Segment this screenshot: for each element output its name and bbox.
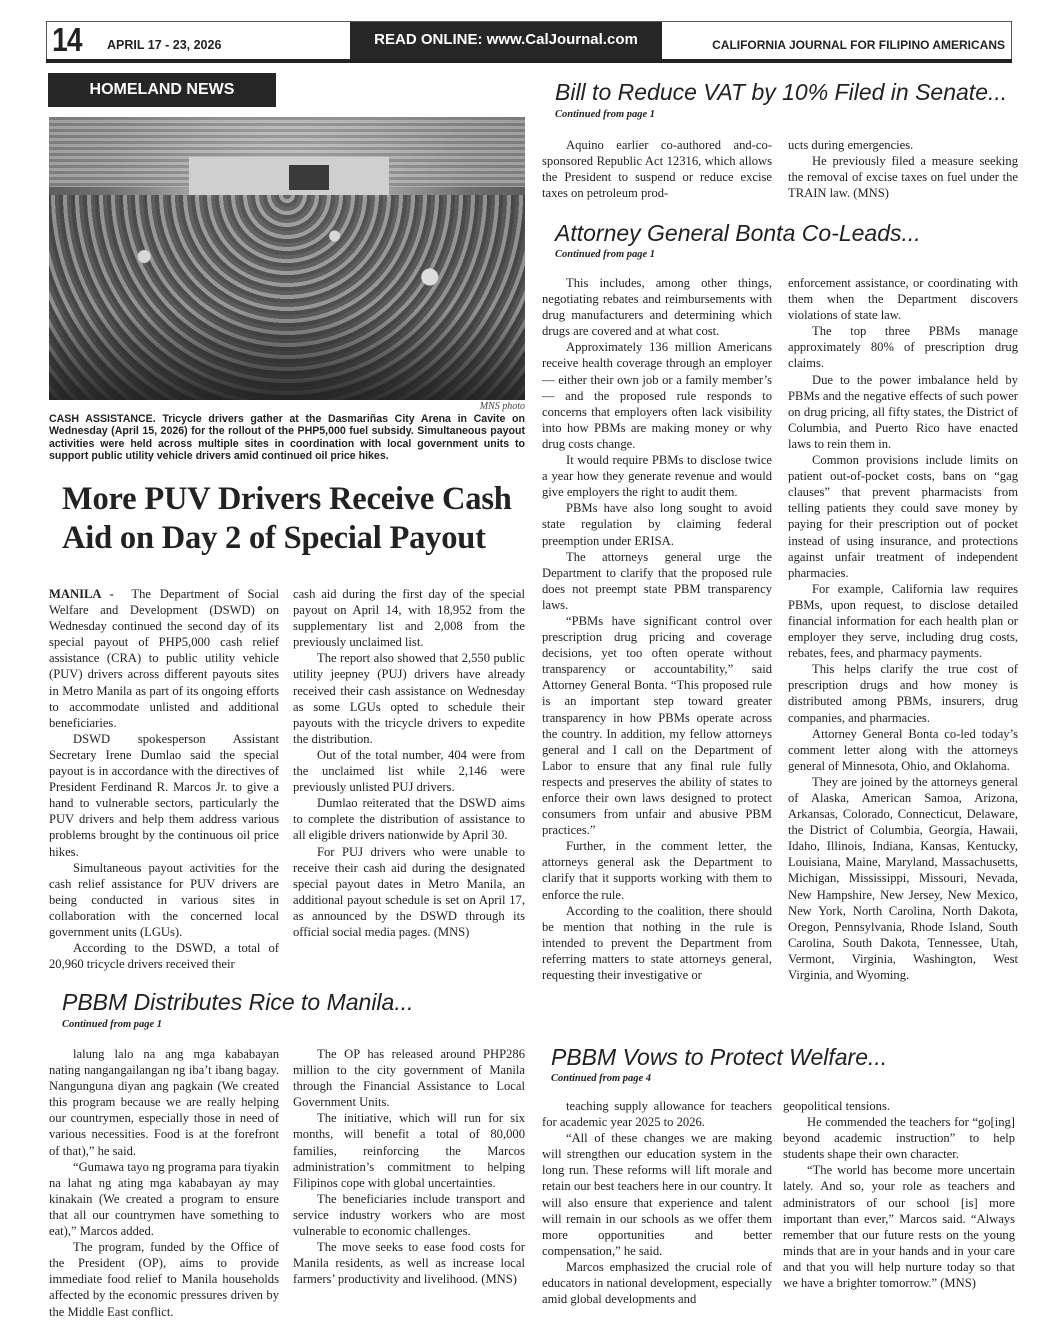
welfare-story-para: He commended the teachers for “go[ing] b…	[783, 1114, 1015, 1162]
welfare-story-col2: geopolitical tensions. He commended the …	[783, 1098, 1015, 1291]
main-story-col2: cash aid during the first day of the spe…	[293, 586, 525, 940]
masthead-divider	[46, 59, 1012, 63]
vat-story-headline[interactable]: Bill to Reduce VAT by 10% Filed in Senat…	[555, 79, 1007, 105]
bonta-story-para: For example, California law requires PBM…	[788, 581, 1018, 661]
welfare-story-para: Marcos emphasized the crucial role of ed…	[542, 1259, 772, 1307]
photo-credit: MNS photo	[49, 401, 525, 412]
welfare-story-continued: Continued from page 4	[551, 1073, 651, 1084]
main-story-para: Out of the total number, 404 were from t…	[293, 747, 525, 795]
rice-story-para: The initiative, which will run for six m…	[293, 1110, 525, 1190]
page-number: 14	[47, 22, 81, 59]
vat-story-col2: ucts during emergencies. He previously f…	[788, 137, 1018, 201]
vat-story-para: ucts during emergencies.	[788, 137, 1018, 153]
main-headline: More PUV Drivers Receive Cash Aid on Day…	[62, 480, 532, 557]
bonta-story-para: PBMs have also long sought to avoid stat…	[542, 500, 772, 548]
main-story-para: MANILA - The Department of Social Welfar…	[49, 586, 279, 731]
bonta-story-col2: enforcement assistance, or coordinating …	[788, 275, 1018, 983]
main-story-para: Simultaneous payout activities for the c…	[49, 860, 279, 940]
vat-story-continued: Continued from page 1	[555, 109, 655, 120]
bonta-story-para: This helps clarify the true cost of pres…	[788, 661, 1018, 725]
bonta-story-para: enforcement assistance, or coordinating …	[788, 275, 1018, 323]
bonta-story-para: It would require PBMs to disclose twice …	[542, 452, 772, 500]
section-label: HOMELAND NEWS	[48, 73, 276, 107]
rice-story-para: lalung lalo na ang mga kababayan nating …	[49, 1046, 279, 1159]
news-photo-crowd	[49, 117, 525, 400]
vat-story-col1: Aquino earlier co-authored and-co-sponso…	[542, 137, 772, 201]
bonta-story-para: Further, in the comment letter, the atto…	[542, 838, 772, 902]
photo-arena-screen	[289, 165, 329, 190]
read-online-link[interactable]: READ ONLINE: www.CalJournal.com	[350, 22, 662, 59]
main-story-para: cash aid during the first day of the spe…	[293, 586, 525, 650]
main-story-para: According to the DSWD, a total of 20,960…	[49, 940, 279, 972]
welfare-story-col1: teaching supply allowance for teachers f…	[542, 1098, 772, 1307]
rice-story-col2: The OP has released around PHP286 millio…	[293, 1046, 525, 1287]
rice-story-para: “Gumawa tayo ng programa para tiyakin na…	[49, 1159, 279, 1239]
bonta-story-para: They are joined by the attorneys general…	[788, 774, 1018, 983]
bonta-story-headline[interactable]: Attorney General Bonta Co-Leads...	[555, 220, 921, 246]
main-story-para: The report also showed that 2,550 public…	[293, 650, 525, 747]
bonta-story-col1: This includes, among other things, negot…	[542, 275, 772, 983]
main-story-col1: MANILA - The Department of Social Welfar…	[49, 586, 279, 972]
bonta-story-para: Due to the power imbalance held by PBMs …	[788, 372, 1018, 452]
rice-story-para: The OP has released around PHP286 millio…	[293, 1046, 525, 1110]
bonta-story-para: Common provisions include limits on pati…	[788, 452, 1018, 581]
bonta-story-para: Attorney General Bonta co-led today’s co…	[788, 726, 1018, 774]
bonta-story-continued: Continued from page 1	[555, 249, 655, 260]
vat-story-para: He previously filed a measure seeking th…	[788, 153, 1018, 201]
publication-name: CALIFORNIA JOURNAL FOR FILIPINO AMERICAN…	[662, 22, 1011, 59]
dateline: MANILA -	[49, 587, 114, 601]
bonta-story-para: This includes, among other things, negot…	[542, 275, 772, 339]
main-story-para: For PUJ drivers who were unable to recei…	[293, 844, 525, 941]
masthead: 14 APRIL 17 - 23, 2026 READ ONLINE: www.…	[46, 21, 1012, 59]
rice-story-headline[interactable]: PBBM Distributes Rice to Manila...	[62, 989, 414, 1015]
welfare-story-para: “All of these changes we are making will…	[542, 1130, 772, 1259]
welfare-story-para: “The world has become more uncertain lat…	[783, 1162, 1015, 1291]
bonta-story-para: According to the coalition, there should…	[542, 903, 772, 983]
bonta-story-para: “PBMs have significant control over pres…	[542, 613, 772, 838]
rice-story-para: The beneficiaries include transport and …	[293, 1191, 525, 1239]
photo-foreground	[49, 310, 525, 400]
welfare-story-para: geopolitical tensions.	[783, 1098, 1015, 1114]
issue-date: APRIL 17 - 23, 2026	[107, 22, 347, 59]
rice-story-col1: lalung lalo na ang mga kababayan nating …	[49, 1046, 279, 1320]
bonta-story-para: The top three PBMs manage approximately …	[788, 323, 1018, 371]
vat-story-para: Aquino earlier co-authored and-co-sponso…	[542, 137, 772, 201]
rice-story-para: The move seeks to ease food costs for Ma…	[293, 1239, 525, 1287]
bonta-story-para: The attorneys general urge the Departmen…	[542, 549, 772, 613]
photo-caption: CASH ASSISTANCE. Tricycle drivers gather…	[49, 413, 525, 462]
main-story-para: DSWD spokesperson Assistant Secretary Ir…	[49, 731, 279, 860]
rice-story-continued: Continued from page 1	[62, 1019, 162, 1030]
main-story-para: Dumlao reiterated that the DSWD aims to …	[293, 795, 525, 843]
welfare-story-headline[interactable]: PBBM Vows to Protect Welfare...	[551, 1044, 887, 1070]
welfare-story-para: teaching supply allowance for teachers f…	[542, 1098, 772, 1130]
bonta-story-para: Approximately 136 million Americans rece…	[542, 339, 772, 452]
rice-story-para: The program, funded by the Office of the…	[49, 1239, 279, 1319]
